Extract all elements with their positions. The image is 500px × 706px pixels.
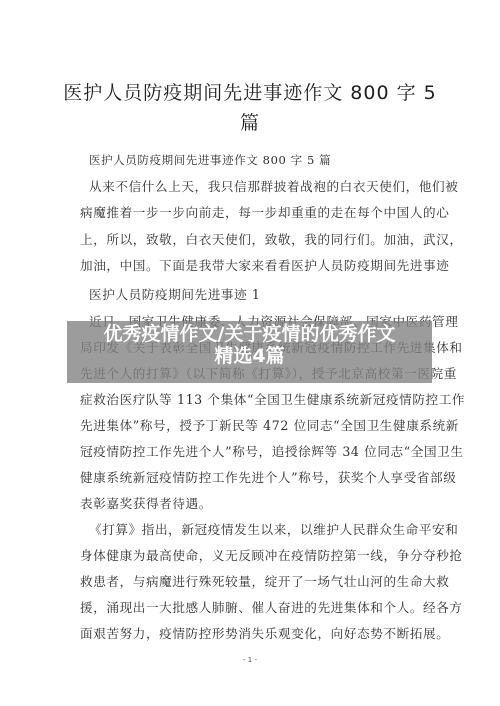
document-title-continued: 篇: [0, 108, 500, 135]
section-heading: 医护人员防疫期间先进事迹 1: [89, 287, 431, 303]
intro-line: 加油，中国。下面是我带大家来看看医护人员防疫期间先进事迹: [80, 258, 422, 274]
banner-title-line2: 精选4篇: [67, 345, 432, 367]
title-overlay-banner[interactable]: 优秀疫情作文/关于疫情的优秀作文 精选4篇: [67, 321, 432, 383]
paragraph-line: 援，涌现出一大批感人肺腑、催人奋进的先进集体和个人。经各方: [80, 600, 422, 616]
banner-title-line1: 优秀疫情作文/关于疫情的优秀作文: [67, 323, 432, 345]
paragraph-line: 救患者，与病魔进行殊死较量，绽开了一场气壮山河的生命大救: [80, 574, 422, 590]
page-number: - 1 -: [0, 656, 500, 664]
paragraph-line: 身体健康为最高使命，义无反顾冲在疫情防控第一线，争分夺秒抢: [80, 548, 422, 564]
paragraph-line: 健康系统新冠疫情防控工作先进个人”称号，获奖个人享受省部级: [80, 470, 422, 486]
intro-line: 从来不信什么上天，我只信那群披着战袍的白衣天使们，他们被: [89, 179, 431, 195]
paragraph-line: 先进集体”称号，授予丁新民等 472 位同志“全国卫生健康系统新: [80, 418, 422, 434]
document-title: 医护人员防疫期间先进事迹作文 800 字 5: [0, 78, 500, 105]
paragraph-line: 《打算》指出，新冠疫情发生以来，以维护人民群众生命平安和: [89, 522, 431, 538]
paragraph-line: 症救治医疗队等 113 个集体“全国卫生健康系统新冠疫情防控工作: [80, 392, 422, 408]
paragraph-line: 表彰嘉奖获得者待遇。: [80, 496, 422, 512]
document-subtitle: 医护人员防疫期间先进事迹作文 800 字 5 篇: [89, 152, 431, 168]
intro-line: 病魔推着一步一步向前走，每一步却重重的走在每个中国人的心: [80, 205, 422, 221]
intro-line: 上，所以，致敬，白衣天使们，致敬，我的同行们。加油，武汉，: [80, 232, 422, 248]
paragraph-line: 冠疫情防控工作先进个人”称号，追授徐辉等 34 位同志“全国卫生: [80, 444, 422, 460]
paragraph-line: 面艰苦努力，疫情防控形势消失乐观变化，向好态势不断拓展。: [80, 626, 422, 642]
